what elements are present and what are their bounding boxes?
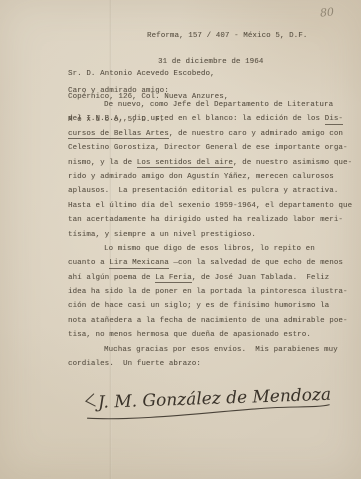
text-segment: cordiales. Un fuerte abrazo: — [68, 360, 201, 368]
salutation: Caro y admirado amigo: — [68, 86, 169, 96]
text-segment: aplausos. La presentación editorial es p… — [68, 187, 338, 195]
underlined-book-title: Los sentidos del aire — [137, 159, 233, 169]
letter-line: Celestino Gorostiza, Director General de… — [68, 141, 350, 155]
underlined-book-title: Lira Mexicana — [109, 259, 169, 269]
letter-line: Lo mismo que digo de esos libros, lo rep… — [68, 242, 350, 256]
text-segment: , de nuestro asimismo que- — [233, 159, 352, 167]
pencil-page-number: 80 — [319, 5, 334, 19]
letter-line: idea ha sido la de poner en la portada l… — [68, 285, 350, 299]
text-segment: ahí algún poema de — [68, 274, 155, 282]
signature-name: J. M. González de Mendoza — [95, 385, 332, 413]
letter-line: cursos de Bellas Artes, de nuestro caro … — [68, 127, 350, 141]
letter-line: nismo, y la de Los sentidos del aire, de… — [68, 156, 350, 170]
text-segment: tan acertadamente ha dirigido usted ha r… — [68, 216, 343, 224]
letter-body: De nuevo, como Jefe del Departamento de … — [68, 98, 350, 371]
text-segment: cuanto a — [68, 259, 109, 267]
letter-line: aplausos. La presentación editorial es p… — [68, 184, 350, 198]
underlined-book-title: cursos de Bellas Artes — [68, 130, 169, 140]
letter-line: nota atañedera a la fecha de nacimiento … — [68, 314, 350, 328]
letter-line: del I.N.B.A., dio usted en el blanco: la… — [68, 112, 350, 126]
letter-line: tan acertadamente ha dirigido usted ha r… — [68, 213, 350, 227]
text-segment: , de nuestro caro y admirado amigo con — [169, 130, 343, 138]
text-segment: nismo, y la de — [68, 159, 137, 167]
text-segment: tisa, no menos hermosa que dueña de apas… — [68, 331, 311, 339]
letter-line: ahí algún poema de La Feria, de José Jua… — [68, 271, 350, 285]
letter-line: tísima, y siempre a un nivel prestigioso… — [68, 228, 350, 242]
letter-line: rido y admirado amigo don Agustín Yáñez,… — [68, 170, 350, 184]
signature-block: J. M. González de Mendoza — [81, 373, 335, 430]
text-segment: —con la salvedad de que echo de menos — [169, 259, 343, 267]
text-segment: De nuevo, como Jefe del Departamento de … — [104, 101, 333, 109]
text-segment: , de José Juan Tablada. Feliz — [192, 274, 330, 282]
text-segment: ción de hace casi un siglo; y es de finí… — [68, 302, 329, 310]
text-segment: tísima, y siempre a un nivel prestigioso… — [68, 231, 256, 239]
text-segment: Lo mismo que digo de esos libros, lo rep… — [104, 245, 315, 253]
letter-line: cordiales. Un fuerte abrazo: — [68, 357, 350, 371]
signature-flourish-left-icon — [86, 394, 95, 406]
underlined-book-title: Dis- — [325, 115, 343, 125]
letter-line: ción de hace casi un siglo; y es de finí… — [68, 299, 350, 313]
letter-line: De nuevo, como Jefe del Departamento de … — [68, 98, 350, 112]
letter-page: 80 Reforma, 157 / 407 - México 5, D.F. 3… — [0, 0, 361, 479]
text-segment: Celestino Gorostiza, Director General de… — [68, 144, 348, 152]
letter-line: tisa, no menos hermosa que dueña de apas… — [68, 328, 350, 342]
letter-line: Hasta el último día del sexenio 1959-196… — [68, 199, 350, 213]
letter-line: Muchas gracias por esos envíos. Mis para… — [68, 343, 350, 357]
letter-line: cuanto a Lira Mexicana —con la salvedad … — [68, 256, 350, 270]
text-segment: idea ha sido la de poner en la portada l… — [68, 288, 348, 296]
text-segment: nota atañedera a la fecha de nacimiento … — [68, 317, 348, 325]
text-segment: rido y admirado amigo don Agustín Yáñez,… — [68, 173, 334, 181]
text-segment: Hasta el último día del sexenio 1959-196… — [68, 202, 352, 210]
sender-address-line: Reforma, 157 / 407 - México 5, D.F. — [147, 32, 307, 41]
handwritten-signature: J. M. González de Mendoza — [81, 373, 335, 430]
underlined-book-title: La Feria — [155, 274, 192, 284]
text-segment: Muchas gracias por esos envíos. Mis para… — [104, 346, 338, 354]
recipient-name-line: Sr. D. Antonio Acevedo Escobedo, — [68, 71, 228, 79]
text-segment: del I.N.B.A., dio usted en el blanco: la… — [68, 115, 325, 123]
